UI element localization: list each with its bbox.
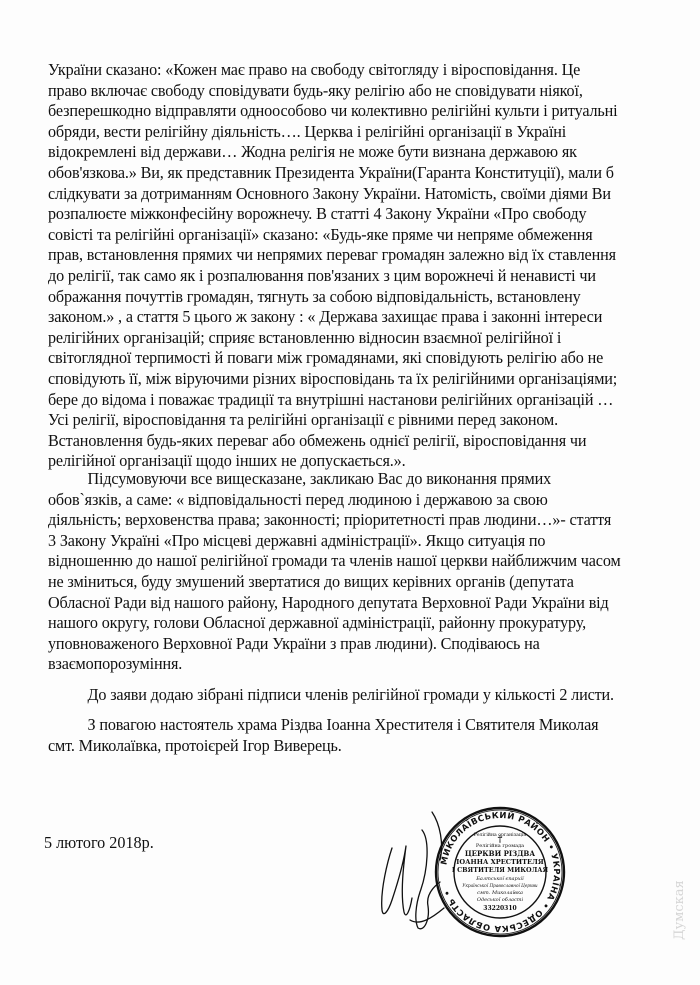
text-line: уповноваженого Верховної Ради України з … (48, 634, 631, 655)
text-line: прав, встановлення прямих чи непрямих пе… (48, 245, 631, 266)
text-line: обряди, вести релігійну діяльність…. Цер… (48, 122, 631, 143)
stamp-line: смт. Миколаївка (477, 890, 523, 896)
text-line: совісті та релігійні організації» сказан… (48, 225, 631, 246)
document-page: України сказано: «Кожен має право на сво… (0, 0, 700, 985)
text-line: Встановлення будь-яких переваг або обмеж… (48, 431, 631, 452)
text-line: смт. Миколаївка, протоієрей Ігор Виверец… (48, 736, 631, 757)
paragraph-constitution-quote: України сказано: «Кожен має право на сво… (48, 60, 668, 472)
text-line: України сказано: «Кожен має право на сво… (48, 60, 631, 81)
stamp-line: Одеської області (477, 896, 524, 903)
text-line: Усі релігії, віросповідання та релігійні… (48, 410, 631, 431)
text-line: З повагою настоятель храма Різдва Іоанна… (48, 715, 631, 736)
stamp-line: Балтської єпархії (475, 876, 525, 882)
stamp-line: ЦЕРКВИ РІЗДВА (465, 849, 535, 858)
text-line: не зміниться, буду змушений звертатися д… (48, 572, 631, 593)
text-line: світоглядної терпимості й поваги між гро… (48, 348, 631, 369)
text-line: ображання почуттів громадян, тягнуть за … (48, 287, 631, 308)
document-date: 5 лютого 2018р. (44, 833, 154, 853)
text-line: нашого округу, голови Обласної державної… (48, 613, 631, 634)
text-line: обов'язкова.» Ви, як представник Президе… (48, 163, 631, 184)
text-line: діяльність; верховенства права; законнос… (48, 510, 631, 531)
text-line: бере до відома і поважає традиції та вну… (48, 390, 631, 411)
text-line: право включає свободу сповідувати будь-я… (48, 81, 631, 102)
text-line: сповідують її, між віруючими різних віро… (48, 369, 631, 390)
text-line: безперешкодно відправляти одноособово чи… (48, 101, 631, 122)
stamp-line: І СВЯТИТЕЛЯ МИКОЛАЯ (452, 866, 549, 874)
stamp-line: Української Православної Церкви (462, 883, 538, 888)
text-line: релігійних організацій; сприяє встановле… (48, 328, 631, 349)
text-line: обов`язків, а саме: « відповідальності п… (48, 490, 631, 511)
stamp-line: 33220310 (483, 905, 516, 912)
paragraph-closing-signoff: З повагою настоятель храма Різдва Іоанна… (48, 715, 668, 756)
text-line: слідкувати за дотриманням Основного Зако… (48, 184, 631, 205)
text-line: законом.» , а стаття 5 цього ж закону : … (48, 307, 631, 328)
text-line: до релігії, так само як і розпалювання п… (48, 266, 631, 287)
stamp-line: ІОАННА ХРЕСТИТЕЛЯ (456, 858, 544, 866)
text-line: відокремлені від держави… Жодна релігія … (48, 142, 631, 163)
text-line: відношенню до нашої релігійної громади т… (48, 551, 631, 572)
text-line: 3 Закону Україні «Про місцеві державні а… (48, 531, 631, 552)
text-line: Підсумовуючи все вищесказане, закликаю В… (48, 469, 631, 490)
paragraph-attachment-note: До заяви додаю зібрані підписи членів ре… (48, 685, 668, 706)
watermark-text: Думская (672, 880, 687, 940)
text-line: До заяви додаю зібрані підписи членів ре… (48, 685, 631, 706)
text-line: Обласної Ради від нашого району, Народно… (48, 593, 631, 614)
text-line: розпалюєте міжконфесійну ворожнечу. В ст… (48, 204, 631, 225)
text-line: взаємопорозуміння. (48, 654, 631, 675)
church-seal-stamp: МИКОЛАЇВСЬКИЙ РАЙОН • УКРАЇНА • ОДЕСЬКА … (434, 806, 566, 938)
paragraph-summary-appeal: Підсумовуючи все вищесказане, закликаю В… (48, 469, 668, 675)
